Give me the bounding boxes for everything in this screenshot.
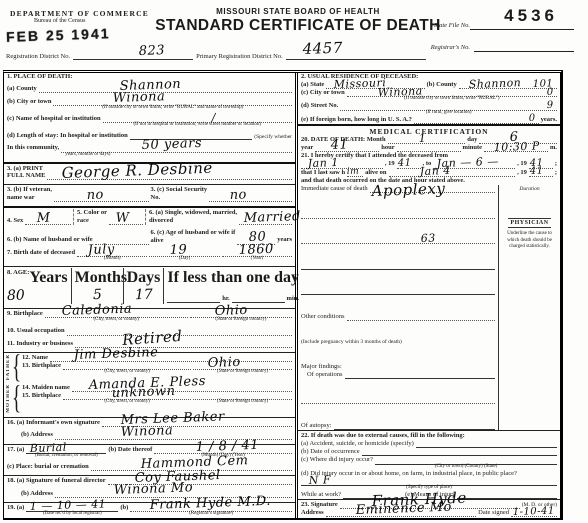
- while-at-work-label: While at work?: [301, 491, 341, 499]
- him-her-handwriting: im: [347, 167, 360, 179]
- blank-line: [301, 211, 495, 219]
- city-label: (b) City or town: [7, 98, 51, 106]
- birthdate-month-line: July (Month): [77, 249, 147, 257]
- informant-address-handwriting: Winona: [121, 423, 174, 441]
- external-causes-heading-row: 22. If death was due to external causes,…: [298, 430, 560, 440]
- other-conditions-note-row: (Include pregnancy within 3 months of de…: [298, 339, 498, 346]
- city-row: (b) City or town Winona (If outside city…: [4, 98, 295, 106]
- birthdate-row: 7. Birth date of deceased July (Month) 1…: [4, 249, 295, 257]
- injury-place-line-row: N F (Specify type of place): [298, 478, 560, 486]
- bureau-line: Bureau of the Census: [34, 18, 86, 24]
- registrar-no-label: Registrar's No.: [431, 44, 470, 51]
- date-signed-label: Date signed: [478, 509, 509, 517]
- residence-code-mark-2: 0: [547, 87, 554, 100]
- registrar-number-label: 19. (a): [7, 504, 24, 512]
- marital-label: 6. (a) Single, widowed, married, divorce…: [149, 209, 237, 225]
- mother-birthplace-label: 15. Birthplace: [22, 392, 61, 400]
- sex-line: M: [25, 217, 71, 225]
- last-saw-year-handwriting: 41: [530, 166, 544, 179]
- state-file-line: [470, 29, 574, 30]
- death-day-label: day: [467, 136, 477, 144]
- state-file-label: State File No.: [434, 22, 470, 29]
- residence-code-mark-4: 0: [528, 113, 535, 126]
- department-line: DEPARTMENT OF COMMERCE: [10, 9, 149, 18]
- color-handwriting: W: [115, 210, 129, 227]
- sex-cell: 4. Sex M: [7, 217, 71, 225]
- death-month-line: 1: [388, 136, 466, 144]
- board-name: MISSOURI STATE BOARD OF HEALTH: [168, 7, 428, 16]
- immediate-cause-row: Immediate cause of death Apoplexy: [298, 185, 498, 193]
- immediate-cause-line: Apoplexy: [370, 185, 495, 193]
- hospital-row: (c) Name of hospital or institution / (I…: [4, 115, 295, 123]
- year-19-label-1: , 19: [385, 160, 395, 168]
- mother-birthplace-row: 15. Birthplace unknown (City, town, or c…: [19, 392, 295, 400]
- age-months-label: Months: [75, 269, 120, 287]
- city-handwriting: Winona: [113, 90, 166, 108]
- him-her-line: im: [347, 169, 363, 177]
- registrar-b-label: (b): [120, 504, 128, 512]
- residence-street-line: 9 (If rural, give location): [340, 103, 557, 111]
- registrar-signature-line: Frank Hyde M.D. (Registrar's signature): [130, 504, 292, 512]
- hospital-label: (c) Name of hospital or institution: [7, 115, 101, 123]
- mother-name-label: 14. Maiden name: [22, 384, 70, 392]
- mother-name-line: Amanda E. Pless: [72, 384, 292, 392]
- veteran-line: no: [54, 194, 149, 202]
- residence-state-county-row: (a) State Missouri (b) County Shannon 10…: [298, 81, 560, 89]
- physician-address-handwriting: Eminence Mo: [355, 499, 452, 519]
- duration-physician-column: Duration PHYSICIAN Underline the cause t…: [498, 185, 560, 430]
- autopsy-line: [334, 422, 495, 430]
- death-year-line: 41: [315, 144, 379, 152]
- spouse-age-unit: years: [277, 236, 292, 244]
- color-label-2: race: [77, 217, 107, 225]
- age-hr-label: hr.: [222, 295, 230, 303]
- age-less-label: If less than one day: [167, 269, 299, 287]
- father-name-handwriting: Jim Desbine: [74, 345, 159, 364]
- death-hour-label: hour: [381, 144, 394, 152]
- burial-date-line: 1 / 8 / 41 (Month) (Day) (Year): [154, 446, 292, 454]
- registration-district-value: 823: [139, 43, 166, 59]
- attended-from-handwriting: Jan 1: [307, 156, 339, 171]
- sex-label: 4. Sex: [7, 217, 23, 225]
- immediate-cause-label: Immediate cause of death: [301, 185, 368, 193]
- mother-birthplace-state-line: (State or foreign country): [193, 392, 292, 400]
- registrar-date-line: 1 — 10 — 41 (Date rec'd by local registr…: [26, 504, 118, 512]
- cause-of-death-block: Immediate cause of death Apoplexy 63: [298, 185, 560, 430]
- death-certificate-scan: DEPARTMENT OF COMMERCE Bureau of the Cen…: [0, 0, 588, 523]
- occurrence-date-row: (b) Date of occurrence: [298, 448, 560, 456]
- major-findings-text: Major findings:: [301, 363, 343, 371]
- hospital-handwriting: /: [212, 111, 217, 125]
- injury-place-handwriting: N F: [308, 473, 331, 488]
- age-years-handwriting: 80: [7, 286, 68, 304]
- color-label: 5. Color or race: [77, 209, 107, 225]
- received-date-stamp: FEB 25 1941: [6, 25, 111, 45]
- full-name-label: 3. (a) PRINT FULL NAME: [7, 165, 45, 181]
- mother-group: MOTHER { 14. Maiden name Amanda E. Pless…: [4, 384, 295, 413]
- death-year-handwriting: 41: [331, 137, 349, 154]
- residence-state-label: (a) State: [301, 81, 324, 89]
- color-cell: 5. Color or race W: [73, 209, 143, 225]
- burial-number-label: 17. (a): [7, 446, 24, 454]
- injury-place-row: (d) Did injury occur in or about home, o…: [298, 470, 560, 478]
- birthdate-day-line: 19 (Day): [149, 249, 219, 257]
- registration-district-label: Registration District No.: [6, 53, 70, 60]
- duration-mark-handwriting: 63: [421, 232, 436, 246]
- full-name-label-2: FULL NAME: [7, 172, 45, 180]
- physician-address-row: Address Eminence Mo Date signed 1-10-41: [298, 509, 560, 517]
- color-label-1: 5. Color or: [77, 209, 107, 217]
- accident-label: (a) Accident, suicide, or homicide (spec…: [301, 440, 414, 448]
- community-label: In this community,: [7, 144, 59, 152]
- birthdate-label: 7. Birth date of deceased: [7, 249, 75, 257]
- of-autopsy-label: Of autopsy:: [301, 422, 332, 430]
- death-minute-line: 10:30 P: [484, 144, 548, 152]
- ssn-label-1: 3. (c) Social Security: [151, 186, 208, 194]
- primary-district-line: 4457: [286, 52, 426, 60]
- age-hr-line: [167, 295, 220, 303]
- occurrence-date-line: [362, 448, 557, 456]
- residence-street-label: (d) Street No.: [301, 102, 338, 110]
- blank-line: [301, 396, 495, 404]
- full-name-line: George R. Desbine: [47, 172, 292, 180]
- occupation-label: 10. Usual occupation: [7, 327, 65, 335]
- birthdate-year-line: 1860 (Year): [222, 249, 292, 257]
- veteran-label-1: 3. (b) If veteran,: [7, 186, 52, 194]
- place-of-death-heading: 1. PLACE OF DEATH:: [7, 73, 72, 81]
- physician-address-label: Address: [301, 509, 324, 517]
- father-name-line: Jim Desbine: [50, 354, 292, 362]
- city-line: Winona (If outside city or town limits, …: [53, 98, 292, 106]
- marital-label-2: divorced: [149, 217, 237, 225]
- blank-line: [301, 262, 495, 270]
- father-brace: {: [12, 351, 19, 383]
- age-days-cell: Days 17: [123, 268, 164, 304]
- informant-signature-label: 16. (a) Informant's own signature: [7, 419, 100, 427]
- age-row: 8. AGE: Years 80 Months 5 Days 17 If les…: [4, 266, 295, 304]
- father-side-label-cell: FATHER: [4, 354, 12, 380]
- specify-note: (Specify whether: [254, 134, 292, 141]
- death-minute-handwriting: 10:30 P: [493, 139, 540, 154]
- ssn-label-2: No.: [151, 194, 208, 202]
- injury-where-label: (c) Where did injury occur?: [301, 456, 373, 464]
- accident-line: [416, 440, 557, 448]
- birthplace-state-handwriting: Ohio: [215, 303, 249, 320]
- age-years-cell: 8. AGE: Years 80: [4, 268, 71, 304]
- state-file-number: 4536: [504, 6, 558, 26]
- semicolon-label-2: ;: [555, 169, 557, 177]
- injury-where-row: (c) Where did injury occur? (City or tow…: [298, 456, 560, 464]
- sex-handwriting: M: [36, 210, 50, 227]
- birthdate-day-handwriting: 19: [170, 242, 188, 259]
- death-year-label: year: [301, 144, 313, 152]
- ssn-label: 3. (c) Social Security No.: [151, 186, 208, 202]
- injury-place-line: N F (Specify type of place): [301, 478, 557, 486]
- primary-district-value: 4457: [302, 39, 343, 58]
- occurrence-date-label: (b) Date of occurrence: [301, 448, 360, 456]
- death-month-handwriting: 1: [418, 132, 426, 146]
- residence-foreign-row: (e) If foreign born, how long in U. S. A…: [298, 116, 560, 124]
- age-min-line: [232, 295, 285, 303]
- certificate-body: 1. PLACE OF DEATH: (a) County Shannon (b…: [3, 70, 563, 520]
- date-signed-handwriting: 1-10-41: [513, 505, 555, 519]
- residence-street-row: (d) Street No. 9 (If rural, give locatio…: [298, 102, 560, 110]
- accident-row: (a) Accident, suicide, or homicide (spec…: [298, 440, 560, 448]
- father-name-label: 12. Name: [22, 354, 48, 362]
- hospital-note: (If not in hospital or institution, writ…: [103, 122, 292, 128]
- informant-address-label: (b) Address: [7, 431, 53, 439]
- age-less-cell: If less than one day hr. min.: [163, 268, 302, 304]
- medical-certification-heading: MEDICAL CERTIFICATION: [369, 127, 488, 136]
- age-min-label: min.: [287, 295, 299, 303]
- last-saw-year-line: 41: [529, 169, 553, 177]
- veteran-handwriting: no: [86, 187, 104, 204]
- marital-line: Married: [239, 217, 292, 225]
- residence-city-line: Winona 0 (If outside city or town limits…: [347, 89, 557, 97]
- birthplace-city-line: Caledonia (City, town, or county): [45, 310, 188, 318]
- means-of-injury-line: [457, 491, 557, 499]
- sex-color-marital-row: 4. Sex M 5. Color or race W: [4, 206, 295, 225]
- other-conditions-note: (Include pregnancy within 3 months of de…: [301, 339, 402, 346]
- cause-blank-row-4: [298, 287, 498, 295]
- age-months-cell: Months 5: [71, 268, 123, 304]
- age-label: 8. AGE:: [7, 269, 29, 287]
- attended-from-line: Jan 1: [301, 161, 383, 169]
- veteran-label: 3. (b) If veteran, name war: [7, 186, 52, 202]
- mother-fields: 14. Maiden name Amanda E. Pless 15. Birt…: [19, 384, 295, 413]
- marital-handwriting: Married: [244, 209, 302, 227]
- veteran-half: 3. (b) If veteran, name war no: [7, 186, 149, 202]
- physician-address-line: Eminence Mo: [326, 509, 476, 517]
- external-causes-heading: 22. If death was due to external causes,…: [301, 432, 465, 440]
- birthdate-year-handwriting: 1860: [239, 241, 275, 258]
- age-days-label: Days: [127, 269, 161, 287]
- residence-foreign-line: 0: [414, 116, 539, 124]
- residence-county-handwriting: Shannon: [468, 76, 521, 92]
- immediate-cause-handwriting: Apoplexy: [371, 180, 445, 201]
- certificate-header: DEPARTMENT OF COMMERCE Bureau of the Cen…: [0, 0, 588, 70]
- death-m-label: m.: [550, 144, 557, 152]
- residence-county-line: Shannon 101: [459, 81, 557, 89]
- birthdate-month-handwriting: July: [87, 242, 115, 259]
- veteran-label-2: name war: [7, 194, 52, 202]
- father-birthplace-handwriting: Ohio: [208, 355, 242, 372]
- age-years-label: Years: [29, 269, 67, 287]
- last-saw-date-handwriting: Jan 4: [420, 164, 452, 179]
- burial-row: 17. (a) Burial (Burial, cremation, or re…: [4, 444, 295, 454]
- major-findings-label: Major findings: Of operations: [301, 363, 343, 379]
- semicolon-label: ;: [555, 160, 557, 168]
- father-side-label: FATHER: [6, 354, 11, 380]
- cause-blank-row-2: 63: [298, 236, 498, 244]
- residence-city-handwriting: Winona: [378, 84, 423, 99]
- birthplace-city-handwriting: Caledonia: [61, 302, 132, 321]
- physician-label: PHYSICIAN: [508, 218, 550, 228]
- registrar-no-line: [474, 51, 574, 52]
- date-signed-line: 1-10-41: [511, 509, 557, 517]
- left-column: 1. PLACE OF DEATH: (a) County Shannon (b…: [4, 73, 298, 518]
- spouse-age-label-1: 6. (c) Age of husband or wife if: [151, 229, 236, 237]
- mother-birthplace-handwriting: unknown: [111, 384, 175, 402]
- registration-district-row: Registration District No. 823 Primary Re…: [6, 52, 426, 60]
- hospital-line: / (If not in hospital or institution, wr…: [103, 115, 292, 123]
- full-name-handwriting: George R. Desbine: [61, 158, 213, 182]
- length-of-stay-label: (d) Length of stay: In hospital or insti…: [7, 132, 128, 140]
- age-months-handwriting: 5: [74, 286, 120, 304]
- father-name-row: 12. Name Jim Desbine: [19, 354, 295, 362]
- mother-side-label: MOTHER: [6, 384, 11, 413]
- cause-blank-row-1: [298, 211, 498, 219]
- date-of-death-row-2: year 41 hour minute 10:30 P m.: [298, 144, 560, 152]
- full-name-row: 3. (a) PRINT FULL NAME George R. Desbine: [4, 162, 295, 181]
- spouse-name-half: 6. (b) Name of husband or wife: [7, 236, 149, 244]
- ssn-handwriting: no: [229, 187, 247, 204]
- county-label: (a) County: [7, 85, 37, 93]
- right-column: 2. USUAL RESIDENCE OF DECEASED: (a) Stat…: [298, 73, 560, 518]
- alive-on-label: alive on: [365, 169, 387, 177]
- mother-birthplace-city-line: unknown (City, town, or county): [63, 392, 191, 400]
- marital-cell: 6. (a) Single, widowed, married, divorce…: [145, 209, 292, 225]
- duration-label: Duration: [519, 186, 539, 192]
- residence-foreign-unit: years.: [541, 116, 557, 124]
- father-birthplace-row: 13. Birthplace (City, town, or county) O…: [19, 362, 295, 370]
- registrar-row: 19. (a) 1 — 10 — 41 (Date rec'd by local…: [4, 502, 295, 512]
- father-birthplace-state-line: Ohio (State or foreign country): [193, 362, 292, 370]
- veteran-row: 3. (b) If veteran, name war no 3. (c) So…: [4, 184, 295, 202]
- spouse-age-label: 6. (c) Age of husband or wife if alive: [151, 229, 236, 245]
- county-line: Shannon: [39, 85, 292, 93]
- community-row: In this community, 50 years years, month…: [4, 144, 295, 152]
- other-conditions-row: Other conditions: [298, 313, 498, 321]
- full-name-label-1: 3. (a) PRINT: [7, 165, 45, 173]
- injury-where-line: (City or town) (County) (State): [375, 457, 557, 465]
- spouse-age-label-2: alive: [151, 237, 236, 245]
- spouse-name-label: 6. (b) Name of husband or wife: [7, 236, 93, 244]
- city-note: (If outside city or town limits, write "…: [53, 105, 292, 111]
- marital-label-1: 6. (a) Single, widowed, married,: [149, 209, 237, 217]
- blank-line: [301, 287, 495, 295]
- father-birthplace-label: 13. Birthplace: [22, 362, 61, 370]
- mother-brace: {: [12, 382, 19, 414]
- year-19-label-3: , 19: [517, 169, 527, 177]
- birthplace-row: 9. Birthplace Caledonia (City, town, or …: [4, 308, 295, 318]
- attended-from-year-handwriting: 41: [397, 158, 411, 171]
- ssn-half: 3. (c) Social Security No. no: [151, 186, 293, 202]
- burial-date-label: (b) Date thereof: [108, 446, 152, 454]
- community-line: 50 years years, months or days): [61, 145, 292, 153]
- birthplace-state-line: Ohio (State or foreign country): [190, 310, 292, 318]
- residence-county-label: (b) County: [427, 81, 457, 89]
- mother-side-label-cell: MOTHER: [4, 384, 12, 413]
- of-operations-label: Of operations: [301, 371, 343, 379]
- color-line: W: [109, 217, 143, 225]
- funeral-director-address-label: (b) Address: [7, 490, 53, 498]
- other-conditions-line: [347, 313, 495, 321]
- ssn-line: no: [209, 194, 292, 202]
- cause-blank-row-3: [298, 262, 498, 270]
- operations-line: [345, 371, 495, 379]
- death-hour-line: [397, 144, 461, 152]
- community-handwriting: 50 years: [141, 136, 202, 154]
- age-hr-min-row: hr. min.: [167, 295, 299, 303]
- industry-label: 11. Industry or business: [7, 340, 73, 348]
- funeral-director-label: 18. (a) Signature of funeral director: [7, 477, 106, 485]
- major-findings-row: Major findings: Of operations: [298, 363, 498, 379]
- primary-district-label: Primary Registration District No.: [196, 53, 283, 60]
- burial-place-label: (c) Place: burial or cremation: [7, 463, 89, 471]
- cause-lines: Immediate cause of death Apoplexy 63: [298, 185, 498, 430]
- attended-from-year-line: 41: [397, 161, 421, 169]
- death-minute-label: minute: [463, 144, 483, 152]
- medical-certification-heading-row: MEDICAL CERTIFICATION: [298, 124, 560, 136]
- residence-foreign-label: (e) If foreign born, how long in U. S. A…: [301, 116, 412, 124]
- physician-signature-label: 23. Signature: [301, 501, 338, 509]
- certificate-title: STANDARD CERTIFICATE OF DEATH: [150, 17, 446, 35]
- findings-blank-row: [298, 396, 498, 404]
- residence-code-mark-3: 9: [547, 100, 554, 113]
- year-19-label-2: , 19: [517, 160, 527, 168]
- autopsy-row: Of autopsy:: [298, 422, 498, 430]
- blank-line: 63: [301, 236, 495, 244]
- registration-district-line: 823: [73, 52, 193, 60]
- burial-type-line: Burial (Burial, cremation, or removal): [26, 446, 106, 454]
- underline-cause-note: Underline the cause to which death shoul…: [501, 231, 558, 251]
- other-conditions-label: Other conditions: [301, 313, 345, 321]
- birthplace-label: 9. Birthplace: [7, 310, 43, 318]
- burial-type-handwriting: Burial: [30, 441, 67, 456]
- injury-place-label: (d) Did injury occur in or about home, o…: [301, 470, 517, 478]
- mother-birthplace-state-note: (State or foreign country): [193, 399, 292, 405]
